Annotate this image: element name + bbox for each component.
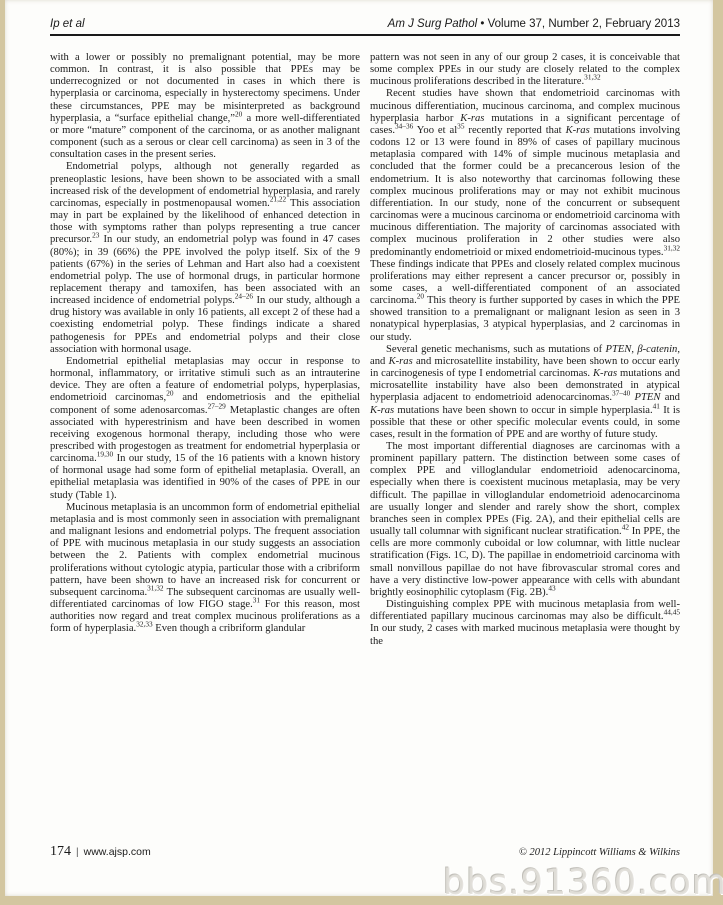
column-right: pattern was not seen in any of our group… [370, 52, 680, 648]
copyright-notice: © 2012 Lippincott Williams & Wilkins [519, 847, 680, 858]
citation-superscript: 31,32 [147, 583, 163, 592]
citation-superscript: 32,33 [136, 620, 152, 629]
scan-watermark: bbs.91360.com [443, 863, 723, 903]
footer-left: 174 | www.ajsp.com [50, 844, 151, 860]
citation-superscript: 37–40 [612, 389, 630, 398]
citation-superscript: 27–29 [208, 401, 226, 410]
citation-superscript: 20 [166, 389, 173, 398]
citation-superscript: 20 [417, 292, 424, 301]
page-number: 174 [50, 844, 71, 860]
paragraph: Endometrial epithelial metaplasias may o… [50, 356, 360, 502]
paragraph: Distinguishing complex PPE with mucinous… [370, 599, 680, 648]
italic-term: β-catenin [637, 344, 677, 355]
journal-issue: Volume 37, Number 2, February 2013 [488, 18, 680, 30]
italic-term: K-ras [566, 125, 590, 136]
header-rule [50, 34, 680, 36]
bullet-separator: • [480, 18, 484, 30]
paper-sheet: Ip et al Am J Surg Pathol • Volume 37, N… [5, 0, 713, 896]
paragraph: Endometrial polyps, although not general… [50, 161, 360, 356]
citation-superscript: 20 [235, 109, 242, 118]
citation-superscript: 41 [653, 401, 660, 410]
citation-superscript: 35 [457, 121, 464, 130]
running-head-author: Ip et al [50, 18, 85, 30]
running-head-journal-ref: Am J Surg Pathol • Volume 37, Number 2, … [388, 18, 680, 30]
running-header: Ip et al Am J Surg Pathol • Volume 37, N… [50, 18, 680, 30]
paragraph: pattern was not seen in any of our group… [370, 52, 680, 88]
paragraph: The most important differential diagnose… [370, 441, 680, 599]
journal-name: Am J Surg Pathol [388, 18, 477, 30]
citation-superscript: 44,45 [664, 608, 680, 617]
citation-superscript: 24–26 [235, 292, 253, 301]
scanned-journal-page: { "page": { "header": { "author": "Ip et… [0, 0, 723, 905]
citation-superscript: 19,30 [97, 450, 113, 459]
citation-superscript: 31,32 [584, 73, 600, 82]
paragraph: Several genetic mechanisms, such as muta… [370, 344, 680, 441]
italic-term: PTEN [605, 344, 631, 355]
citation-superscript: 42 [622, 523, 629, 532]
citation-superscript: 43 [548, 583, 555, 592]
italic-term: K-ras [370, 405, 394, 416]
paragraph: Mucinous metaplasia is an uncommon form … [50, 502, 360, 636]
italic-term: K-ras [593, 368, 617, 379]
italic-term: K-ras [389, 356, 413, 367]
paragraph: with a lower or possibly no premalignant… [50, 52, 360, 161]
journal-url: www.ajsp.com [84, 846, 151, 858]
citation-superscript: 31 [253, 596, 260, 605]
article-body: with a lower or possibly no premalignant… [50, 52, 680, 648]
column-left: with a lower or possibly no premalignant… [50, 52, 360, 648]
footer-divider: | [76, 847, 79, 858]
citation-superscript: 21,22 [270, 194, 286, 203]
paragraph: Recent studies have shown that endometri… [370, 88, 680, 343]
citation-superscript: 23 [92, 231, 99, 240]
page-footer: 174 | www.ajsp.com © 2012 Lippincott Wil… [50, 844, 680, 860]
citation-superscript: 31,32 [664, 243, 680, 252]
citation-superscript: 34–36 [395, 121, 413, 130]
